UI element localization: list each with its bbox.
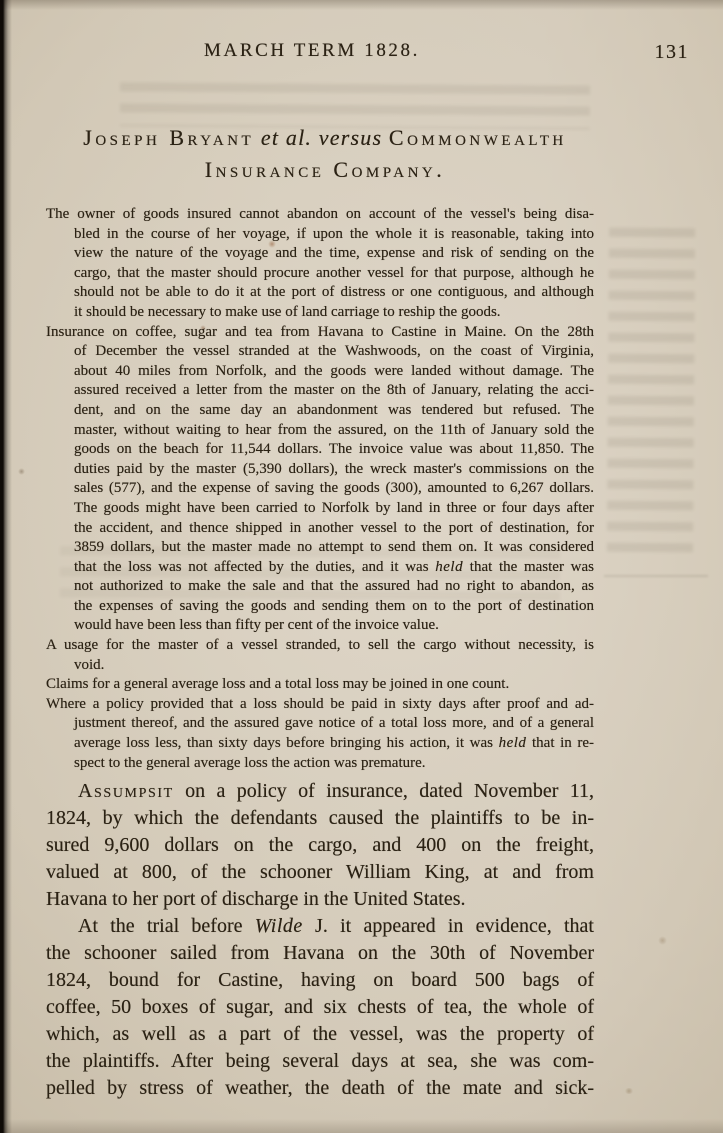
scanned-book-page: MARCH TERM 1828. 131 Joseph Bryant et al… xyxy=(0,0,723,1133)
headnote-line: spect to the general average loss the ac… xyxy=(46,754,594,774)
headnote-line: sales (577), and the expense of saving t… xyxy=(46,479,594,499)
body-line: Havana to her port of discharge in the U… xyxy=(46,886,594,913)
headnote-line: Where a policy provided that a loss shou… xyxy=(46,695,594,715)
headnote-line: master, without waiting to hear from the… xyxy=(46,421,594,441)
title-smallcaps-text: Joseph Bryant xyxy=(83,125,254,150)
headnote-line: bled in the course of her voyage, if upo… xyxy=(46,225,594,245)
running-head: MARCH TERM 1828. 131 xyxy=(0,40,723,66)
headnote-line: assured received a letter from the maste… xyxy=(46,381,594,401)
body-line: 1824, by which the defendants caused the… xyxy=(46,805,594,832)
body-line: At the trial before Wilde J. it appeared… xyxy=(46,913,594,940)
opinion-body: Assumpsit on a policy of insurance, date… xyxy=(46,778,594,1102)
headnote-line: about 40 miles from Norfolk, and the goo… xyxy=(46,362,594,382)
headnote-line: cargo, that the master should procure an… xyxy=(46,264,594,284)
case-title-line2: Insurance Company. xyxy=(40,154,610,186)
title-smallcaps-text: Commonwealth xyxy=(389,125,567,150)
paper-stain xyxy=(18,468,25,475)
headnote-line: Insurance on coffee, sugar and tea from … xyxy=(46,323,594,343)
title-italic-text: et al. versus xyxy=(254,125,389,150)
scan-edge-left xyxy=(0,0,12,1133)
headnote-line: justment thereof, and the assured gave n… xyxy=(46,714,594,734)
headnote-line: should not be able to do it at the port … xyxy=(46,283,594,303)
headnote-line: average loss less, than sixty days befor… xyxy=(46,734,594,754)
bleedthrough-margin-note xyxy=(607,228,695,559)
headnote-line: A usage for the master of a vessel stran… xyxy=(46,636,594,656)
headnote-line: duties paid by the master (5,390 dollars… xyxy=(46,460,594,480)
body-line: pelled by stress of weather, the death o… xyxy=(46,1075,594,1102)
headnote-line: it should be necessary to make use of la… xyxy=(46,303,594,323)
body-line: which, as well as a part of the vessel, … xyxy=(46,1021,594,1048)
page-number: 131 xyxy=(655,41,690,64)
headnote-line: The owner of goods insured cannot abando… xyxy=(46,205,594,225)
headnote-line: The goods might have been carried to Nor… xyxy=(46,499,594,519)
bleedthrough-rule xyxy=(604,575,708,577)
case-title: Joseph Bryant et al. versus Commonwealth… xyxy=(40,122,610,186)
headnote-line: 3859 dollars, but the master made no att… xyxy=(46,538,594,558)
headnote: The owner of goods insured cannot abando… xyxy=(46,205,594,773)
paper-stain xyxy=(624,1088,634,1094)
headnote-line: view the nature of the voyage and the ti… xyxy=(46,244,594,264)
headnote-line: of December the vessel stranded at the W… xyxy=(46,342,594,362)
headnote-line: that the loss was not affected by the du… xyxy=(46,558,594,578)
body-line: coffee, 50 boxes of sugar, and six chest… xyxy=(46,994,594,1021)
headnote-line: void. xyxy=(46,656,594,676)
body-line: Assumpsit on a policy of insurance, date… xyxy=(46,778,594,805)
headnote-line: dent, and on the same day an abandonment… xyxy=(46,401,594,421)
headnote-line: the accident, and thence shipped in anot… xyxy=(46,519,594,539)
headnote-line: Claims for a general average loss and a … xyxy=(46,675,594,695)
case-title-line1: Joseph Bryant et al. versus Commonwealth xyxy=(40,122,610,154)
scan-edge-top xyxy=(0,0,723,10)
paper-stain xyxy=(658,936,667,945)
body-line: valued at 800, of the schooner William K… xyxy=(46,859,594,886)
scan-edge-bottom xyxy=(0,1119,723,1133)
body-line: 1824, bound for Castine, having on board… xyxy=(46,967,594,994)
title-smallcaps-text: Insurance Company. xyxy=(205,157,445,182)
body-line: sured 9,600 dollars on the cargo, and 40… xyxy=(46,832,594,859)
body-line: the schooner sailed from Havana on the 3… xyxy=(46,940,594,967)
term-heading: MARCH TERM 1828. xyxy=(204,40,420,62)
headnote-line: the expenses of saving the goods and sen… xyxy=(46,597,594,617)
body-line: the plaintiffs. After being several days… xyxy=(46,1048,594,1075)
headnote-line: goods on the beach for 11,544 dollars. T… xyxy=(46,440,594,460)
headnote-line: not authorized to make the sale and that… xyxy=(46,577,594,597)
headnote-line: would have been less than fifty per cent… xyxy=(46,616,594,636)
